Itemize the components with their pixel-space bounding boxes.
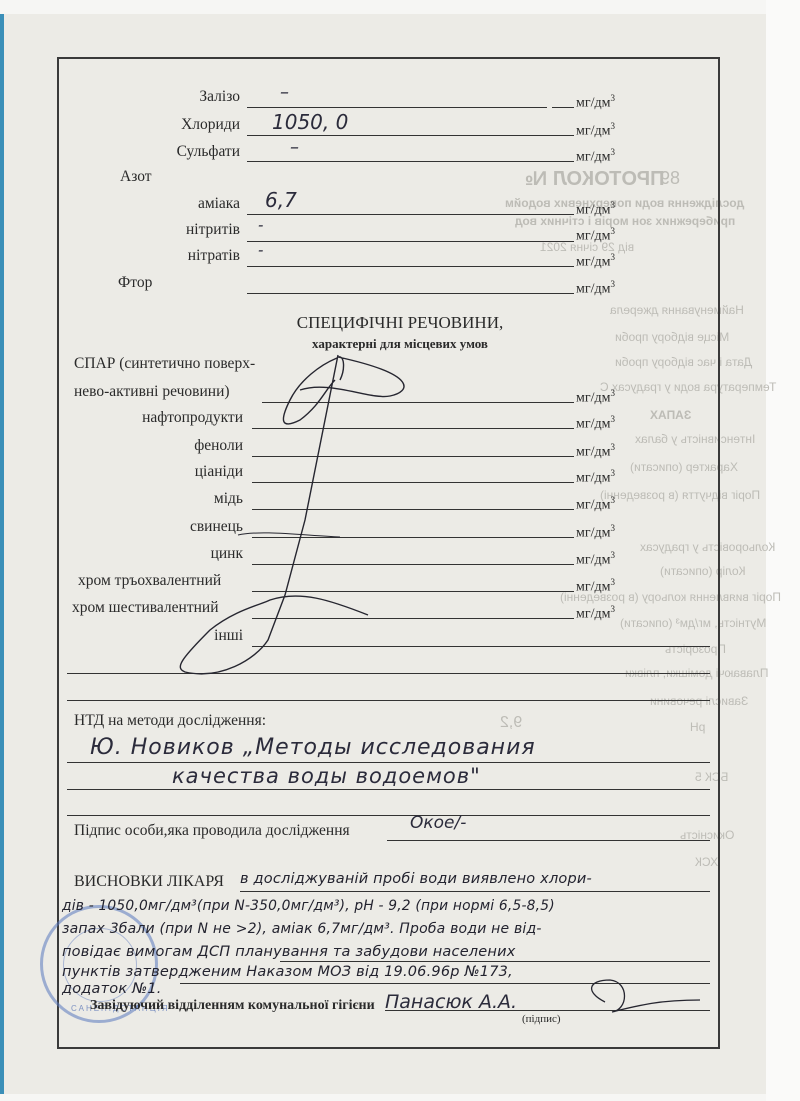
label-sulfates: Сульфати	[177, 143, 240, 161]
unit-oil-products: мг/дм3	[576, 414, 615, 433]
unit-nitrates: мг/дм3	[576, 252, 615, 271]
label-cyanides: ціаніди	[195, 463, 243, 481]
unit-phenols: мг/дм3	[576, 442, 615, 461]
value-methods-line1: Ю. Новиков „Методы исследования	[90, 735, 536, 760]
label-chlorides: Хлориди	[181, 116, 240, 134]
label-nitrates: нітратів	[188, 247, 240, 265]
field-other-2[interactable]	[67, 673, 710, 674]
field-conclusion-5[interactable]	[180, 983, 710, 984]
unit-ammonia: мг/дм3	[576, 200, 615, 219]
label-researcher-signature: Підпис особи,яка проводила дослідження	[74, 822, 350, 840]
field-head-signature[interactable]	[385, 1010, 710, 1011]
value-ammonia: 6,7	[265, 188, 297, 212]
label-head: Завідуючий відділенням комунальної гігіє…	[90, 998, 375, 1014]
label-conclusions: ВИСНОВКИ ЛІКАРЯ	[74, 873, 224, 891]
field-oil-products[interactable]	[252, 428, 574, 429]
label-chromium-3: хром тръохвалентний	[78, 572, 221, 590]
conclusion-line: запах 3бали (при N не >2), аміак 6,7мг/д…	[62, 921, 542, 937]
field-cyanides[interactable]	[252, 482, 574, 483]
unit-chromium-6: мг/дм3	[576, 604, 615, 623]
label-oil-products: нафтопродукти	[142, 409, 243, 427]
label-phenols: феноли	[194, 437, 243, 455]
field-sulfates[interactable]	[247, 161, 574, 162]
unit-iron: мг/дм3	[576, 93, 615, 112]
field-ammonia[interactable]	[247, 214, 574, 215]
field-copper[interactable]	[252, 509, 574, 510]
specific-title: СПЕЦИФІЧНІ РЕЧОВИНИ,	[0, 313, 800, 333]
field-researcher-signature[interactable]	[387, 840, 710, 841]
scan-edge	[0, 14, 4, 1094]
label-spar-1: СПАР (синтетично поверх-	[74, 355, 255, 373]
field-nitrates[interactable]	[247, 266, 574, 267]
unit-zinc: мг/дм3	[576, 550, 615, 569]
conclusion-line: дів - 1050,0мг/дм³(при N-350,0мг/дм³), p…	[62, 898, 555, 914]
value-sulfates: –	[290, 137, 299, 158]
field-methods-1[interactable]	[67, 762, 710, 763]
field-zinc[interactable]	[252, 564, 574, 565]
field-spar[interactable]	[262, 402, 574, 403]
label-copper: мідь	[214, 490, 243, 508]
field-iron-tail	[552, 107, 574, 108]
unit-cyanides: мг/дм3	[576, 468, 615, 487]
field-phenols[interactable]	[252, 456, 574, 457]
field-chromium-3[interactable]	[252, 591, 574, 592]
conclusion-line: повідає вимогам ДСП планування та забудо…	[62, 944, 516, 960]
field-other-3[interactable]	[67, 700, 710, 701]
value-methods-line2: качества воды водоемов"	[172, 764, 481, 788]
value-nitrates: -	[258, 241, 263, 259]
unit-fluorine: мг/дм3	[576, 279, 615, 298]
label-nitrites: нітритів	[186, 221, 240, 239]
label-fluorine: Фтор	[118, 274, 152, 292]
field-conclusion-4[interactable]	[280, 961, 710, 962]
field-other[interactable]	[252, 646, 710, 647]
unit-chromium-3: мг/дм3	[576, 577, 615, 596]
label-methods: НТД на методи дослідження:	[74, 712, 266, 730]
unit-sulfates: мг/дм3	[576, 147, 615, 166]
signature-caption: (підпис)	[522, 1013, 561, 1025]
label-iron: Залізо	[199, 88, 240, 106]
label-other: інші	[214, 627, 243, 645]
field-fluorine[interactable]	[247, 293, 574, 294]
field-methods-2[interactable]	[67, 789, 710, 790]
conclusion-line: в досліджуваній пробі води виявлено хлор…	[240, 871, 592, 887]
field-conclusion-1[interactable]	[240, 891, 710, 892]
conclusion-line: додаток №1.	[62, 981, 162, 997]
field-chlorides[interactable]	[247, 135, 574, 136]
unit-lead: мг/дм3	[576, 523, 615, 542]
value-chlorides: 1050, 0	[272, 110, 348, 134]
unit-spar: мг/дм3	[576, 388, 615, 407]
conclusion-line: пунктів затвердженим Наказом МОЗ від 19.…	[62, 964, 513, 980]
unit-copper: мг/дм3	[576, 495, 615, 514]
researcher-signature: Окое/-	[410, 813, 466, 833]
value-iron: –	[280, 82, 289, 103]
label-spar-2: нево-активні речовини)	[74, 383, 230, 401]
field-methods-3[interactable]	[67, 815, 710, 816]
label-nitrogen: Азот	[120, 168, 152, 186]
specific-subtitle: характерні для місцевих умов	[0, 336, 800, 352]
field-lead[interactable]	[252, 537, 574, 538]
field-chromium-6[interactable]	[252, 618, 574, 619]
field-nitrites[interactable]	[247, 241, 574, 242]
label-chromium-6: хром шестивалентний	[72, 599, 219, 617]
label-zinc: цинк	[211, 545, 243, 563]
unit-nitrites: мг/дм3	[576, 226, 615, 245]
label-lead: свинець	[190, 518, 243, 536]
unit-chlorides: мг/дм3	[576, 121, 615, 140]
value-nitrites: -	[258, 216, 263, 234]
field-iron[interactable]	[247, 107, 547, 108]
label-ammonia: аміака	[198, 195, 240, 213]
